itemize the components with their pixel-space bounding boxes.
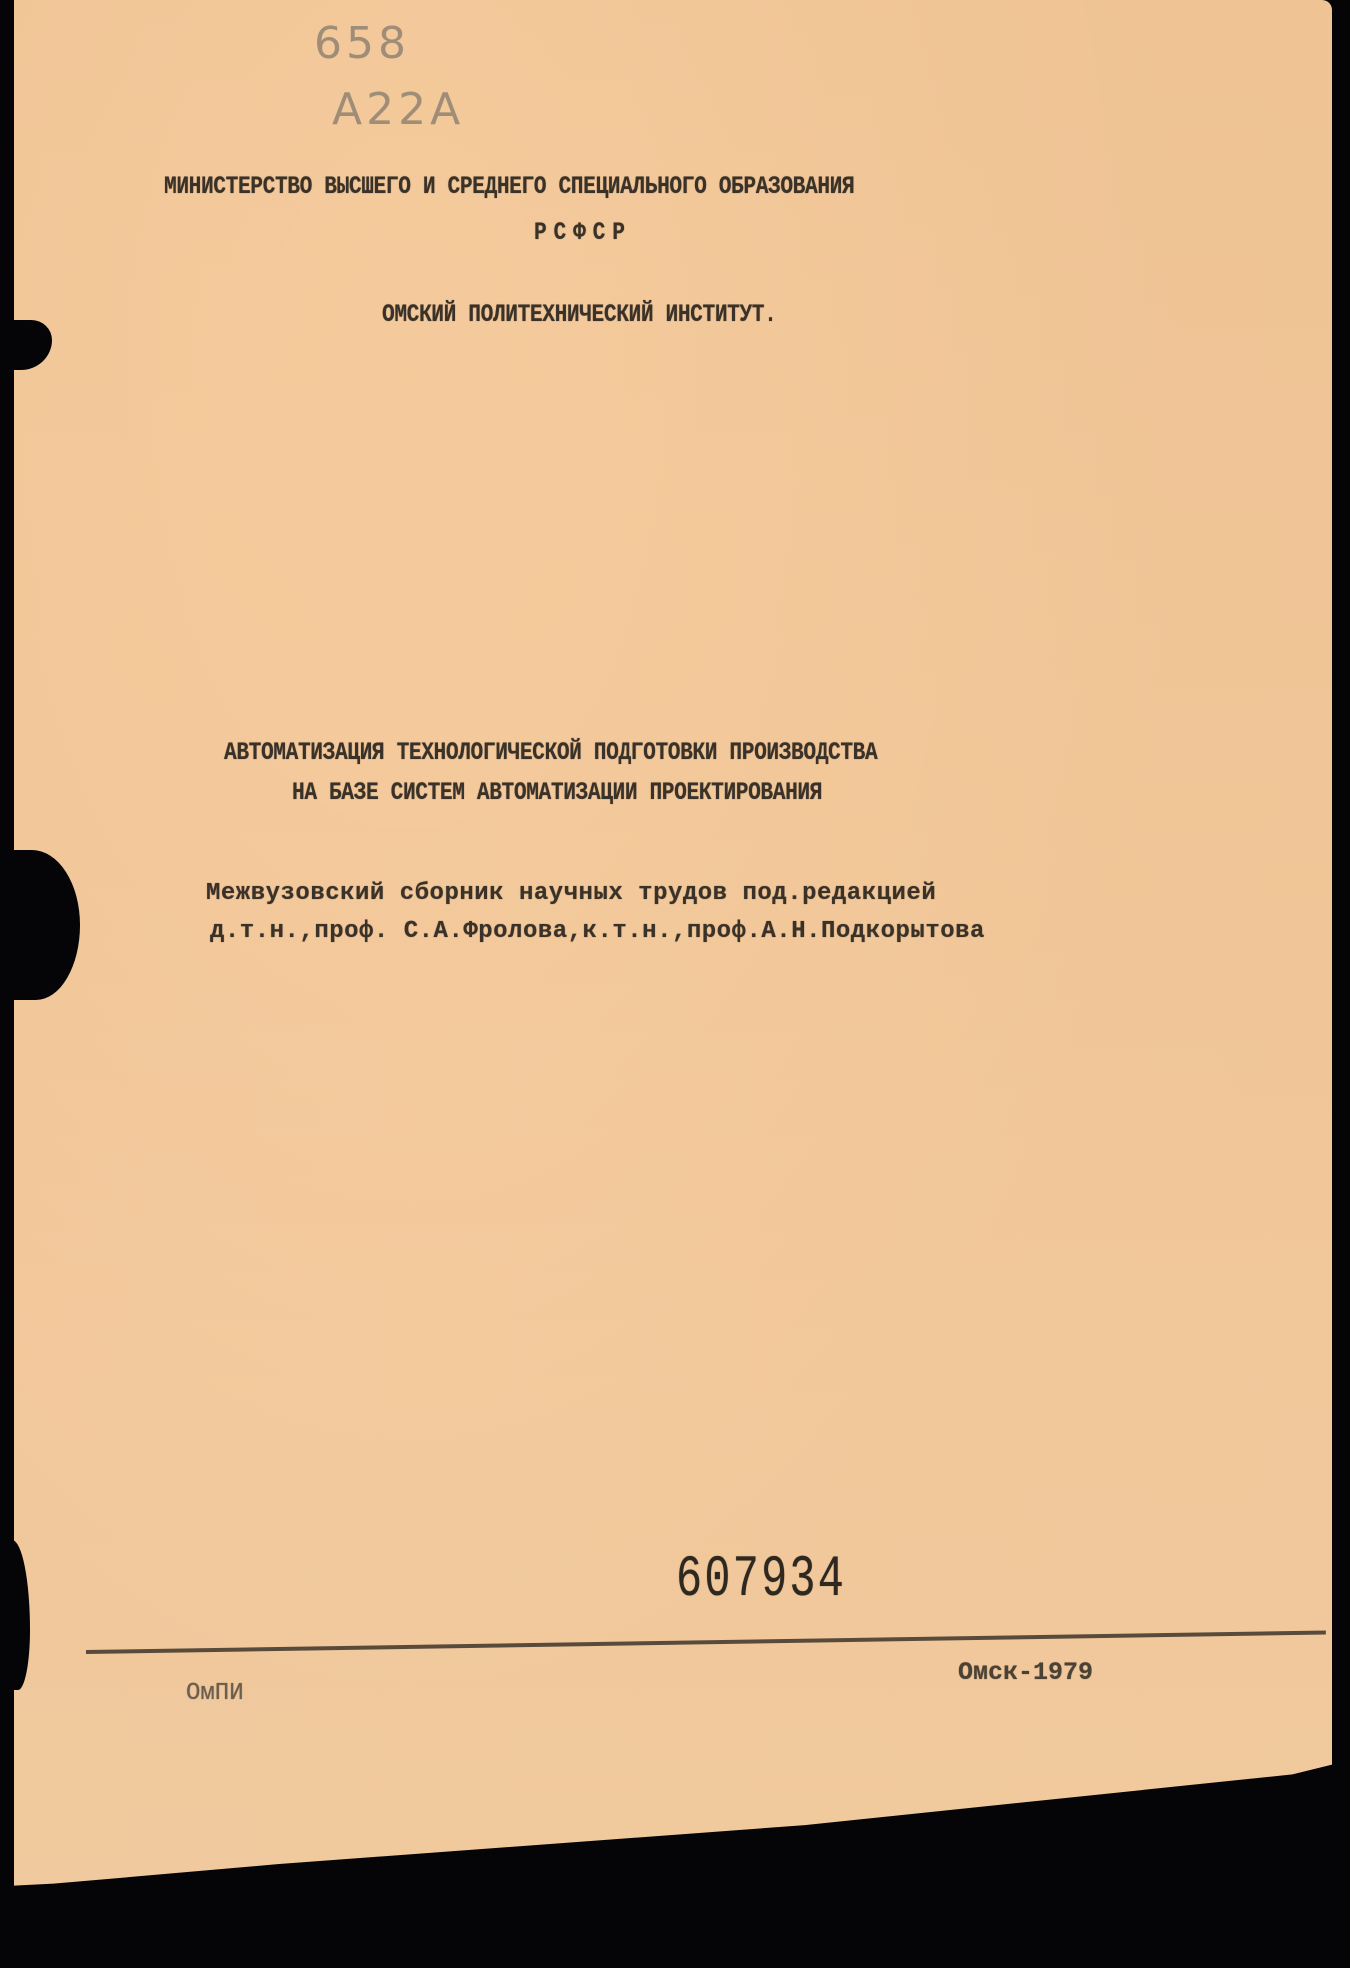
institute-heading: ОМСКИЙ ПОЛИТЕХНИЧЕСКИЙ ИНСТИТУТ. bbox=[382, 300, 776, 329]
title-line-1: АВТОМАТИЗАЦИЯ ТЕХНОЛОГИЧЕСКОЙ ПОДГОТОВКИ… bbox=[224, 738, 877, 767]
handwritten-shelf-mark-line2: A22A bbox=[332, 84, 464, 135]
title-line-2: НА БАЗЕ СИСТЕМ АВТОМАТИЗАЦИИ ПРОЕКТИРОВА… bbox=[292, 778, 822, 807]
footer-divider bbox=[86, 1631, 1326, 1654]
document-page: 658 A22A МИНИСТЕРСТВО ВЫСШЕГО И СРЕДНЕГО… bbox=[14, 0, 1332, 1952]
publisher-abbreviation: ОмПИ bbox=[186, 1680, 244, 1707]
ministry-heading: МИНИСТЕРСТВО ВЫСШЕГО И СРЕДНЕГО СПЕЦИАЛЬ… bbox=[164, 172, 854, 201]
handwritten-shelf-mark-line1: 658 bbox=[314, 18, 410, 69]
inventory-number: 607934 bbox=[676, 1548, 846, 1613]
subtitle-line-1: Межвузовский сборник научных трудов под.… bbox=[206, 880, 936, 907]
place-and-year: Омск-1979 bbox=[958, 1658, 1093, 1687]
republic-heading: РСФСР bbox=[534, 218, 632, 247]
subtitle-line-2: д.т.н.,проф. С.А.Фролова,к.т.н.,проф.А.Н… bbox=[210, 918, 985, 945]
